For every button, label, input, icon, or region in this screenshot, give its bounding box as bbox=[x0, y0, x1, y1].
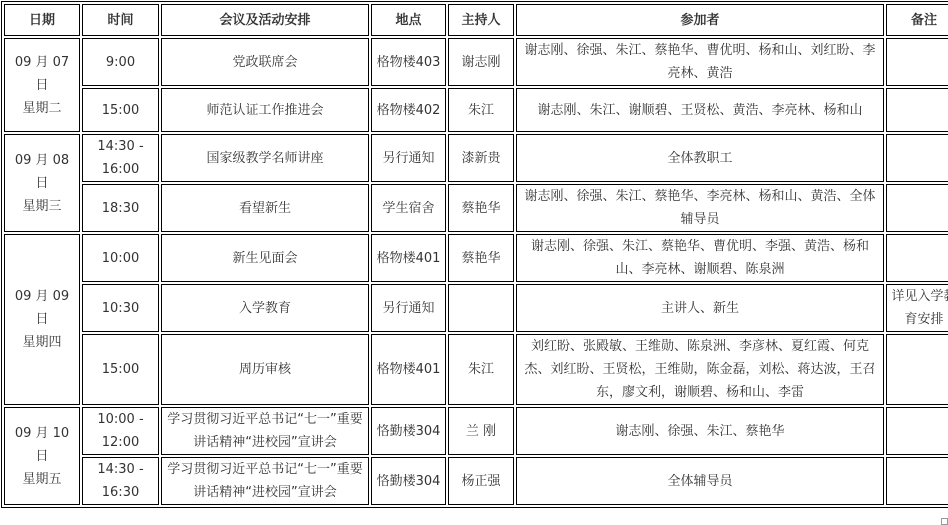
header-time: 时间 bbox=[82, 4, 159, 36]
time-cell: 15:00 bbox=[82, 334, 159, 405]
host-cell: 朱江 bbox=[448, 88, 514, 132]
time-cell: 14:30 - 16:30 bbox=[82, 457, 159, 505]
weekday-label: 星期二 bbox=[7, 97, 77, 120]
table-resize-handle[interactable] bbox=[941, 518, 948, 525]
notes-cell bbox=[886, 88, 948, 132]
date-cell: 09 月 07 日 星期二 bbox=[4, 38, 80, 132]
weekday-label: 星期三 bbox=[7, 195, 77, 218]
date-label: 09 月 09 日 bbox=[7, 285, 77, 331]
host-cell: 谢志刚 bbox=[448, 38, 514, 86]
table-row: 09 月 10 日 星期五 10:00 - 12:00 学习贯彻习近平总书记“七… bbox=[4, 407, 948, 455]
notes-cell bbox=[886, 184, 948, 232]
date-label: 09 月 07 日 bbox=[7, 51, 77, 97]
notes-cell: 详见入学教育安排 bbox=[886, 284, 948, 332]
attendees-cell: 谢志刚、徐强、朱江、蔡艳华 bbox=[516, 407, 884, 455]
table-row: 18:30 看望新生 学生宿舍 蔡艳华 谢志刚、徐强、朱江、蔡艳华、李亮林、杨和… bbox=[4, 184, 948, 232]
time-cell: 15:00 bbox=[82, 88, 159, 132]
host-cell: 朱江 bbox=[448, 334, 514, 405]
time-cell: 14:30 - 16:00 bbox=[82, 134, 159, 182]
time-cell: 10:00 - 12:00 bbox=[82, 407, 159, 455]
location-cell: 格物楼401 bbox=[371, 334, 446, 405]
location-cell: 恪勤楼304 bbox=[371, 407, 446, 455]
time-cell: 9:00 bbox=[82, 38, 159, 86]
location-cell: 另行通知 bbox=[371, 284, 446, 332]
date-cell: 09 月 09 日 星期四 bbox=[4, 234, 80, 405]
host-cell: 蔡艳华 bbox=[448, 234, 514, 282]
event-cell: 周历审核 bbox=[161, 334, 369, 405]
table-row: 09 月 09 日 星期四 10:00 新生见面会 格物楼401 蔡艳华 谢志刚… bbox=[4, 234, 948, 282]
table-row: 09 月 07 日 星期二 9:00 党政联席会 格物楼403 谢志刚 谢志刚、… bbox=[4, 38, 948, 86]
header-event: 会议及活动安排 bbox=[161, 4, 369, 36]
attendees-cell: 全体教职工 bbox=[516, 134, 884, 182]
location-cell: 另行通知 bbox=[371, 134, 446, 182]
header-location: 地点 bbox=[371, 4, 446, 36]
header-attendees: 参加者 bbox=[516, 4, 884, 36]
table-row: 09 月 08 日 星期三 14:30 - 16:00 国家级教学名师讲座 另行… bbox=[4, 134, 948, 182]
time-cell: 18:30 bbox=[82, 184, 159, 232]
header-date: 日期 bbox=[4, 4, 80, 36]
attendees-cell: 谢志刚、徐强、朱江、蔡艳华、曹优明、杨和山、刘红盼、李亮林、黄浩 bbox=[516, 38, 884, 86]
event-cell: 学习贯彻习近平总书记“七一”重要讲话精神“进校园”宣讲会 bbox=[161, 407, 369, 455]
event-cell: 国家级教学名师讲座 bbox=[161, 134, 369, 182]
location-cell: 格物楼403 bbox=[371, 38, 446, 86]
time-cell: 10:30 bbox=[82, 284, 159, 332]
event-cell: 看望新生 bbox=[161, 184, 369, 232]
attendees-cell: 主讲人、新生 bbox=[516, 284, 884, 332]
date-label: 09 月 10 日 bbox=[7, 422, 77, 468]
attendees-cell: 刘红盼、张殿敏、王维勋、陈泉洲、李彦林、夏红霞、何克杰、刘红盼、王贤松，王维勋，… bbox=[516, 334, 884, 405]
event-cell: 入学教育 bbox=[161, 284, 369, 332]
header-host: 主持人 bbox=[448, 4, 514, 36]
host-cell bbox=[448, 284, 514, 332]
location-cell: 学生宿舍 bbox=[371, 184, 446, 232]
weekday-label: 星期五 bbox=[7, 468, 77, 491]
host-cell: 杨正强 bbox=[448, 457, 514, 505]
notes-cell bbox=[886, 38, 948, 86]
date-cell: 09 月 10 日 星期五 bbox=[4, 407, 80, 505]
attendees-cell: 谢志刚、徐强、朱江、蔡艳华、李亮林、杨和山、黄浩、全体辅导员 bbox=[516, 184, 884, 232]
header-row: 日期 时间 会议及活动安排 地点 主持人 参加者 备注 bbox=[4, 4, 948, 36]
host-cell: 漆新贵 bbox=[448, 134, 514, 182]
attendees-cell: 谢志刚、朱江、谢顺碧、王贤松、黄浩、李亮林、杨和山 bbox=[516, 88, 884, 132]
event-cell: 党政联席会 bbox=[161, 38, 369, 86]
location-cell: 格物楼401 bbox=[371, 234, 446, 282]
attendees-cell: 谢志刚、徐强、朱江、蔡艳华、曹优明、李强、黄浩、杨和山、李亮林、谢顺碧、陈泉洲 bbox=[516, 234, 884, 282]
weekday-label: 星期四 bbox=[7, 331, 77, 354]
notes-cell bbox=[886, 234, 948, 282]
date-label: 09 月 08 日 bbox=[7, 149, 77, 195]
event-cell: 学习贯彻习近平总书记“七一”重要讲话精神“进校园”宣讲会 bbox=[161, 457, 369, 505]
host-cell: 兰 刚 bbox=[448, 407, 514, 455]
location-cell: 格物楼402 bbox=[371, 88, 446, 132]
time-cell: 10:00 bbox=[82, 234, 159, 282]
host-cell: 蔡艳华 bbox=[448, 184, 514, 232]
notes-cell bbox=[886, 407, 948, 455]
header-notes: 备注 bbox=[886, 4, 948, 36]
attendees-cell: 全体辅导员 bbox=[516, 457, 884, 505]
table-row: 15:00 师范认证工作推进会 格物楼402 朱江 谢志刚、朱江、谢顺碧、王贤松… bbox=[4, 88, 948, 132]
table-row: 15:00 周历审核 格物楼401 朱江 刘红盼、张殿敏、王维勋、陈泉洲、李彦林… bbox=[4, 334, 948, 405]
notes-cell bbox=[886, 134, 948, 182]
notes-cell bbox=[886, 334, 948, 405]
notes-cell bbox=[886, 457, 948, 505]
weekly-schedule-table: 日期 时间 会议及活动安排 地点 主持人 参加者 备注 09 月 07 日 星期… bbox=[1, 1, 948, 508]
table-row: 10:30 入学教育 另行通知 主讲人、新生 详见入学教育安排 bbox=[4, 284, 948, 332]
table-row: 14:30 - 16:30 学习贯彻习近平总书记“七一”重要讲话精神“进校园”宣… bbox=[4, 457, 948, 505]
event-cell: 师范认证工作推进会 bbox=[161, 88, 369, 132]
date-cell: 09 月 08 日 星期三 bbox=[4, 134, 80, 232]
event-cell: 新生见面会 bbox=[161, 234, 369, 282]
location-cell: 恪勤楼304 bbox=[371, 457, 446, 505]
